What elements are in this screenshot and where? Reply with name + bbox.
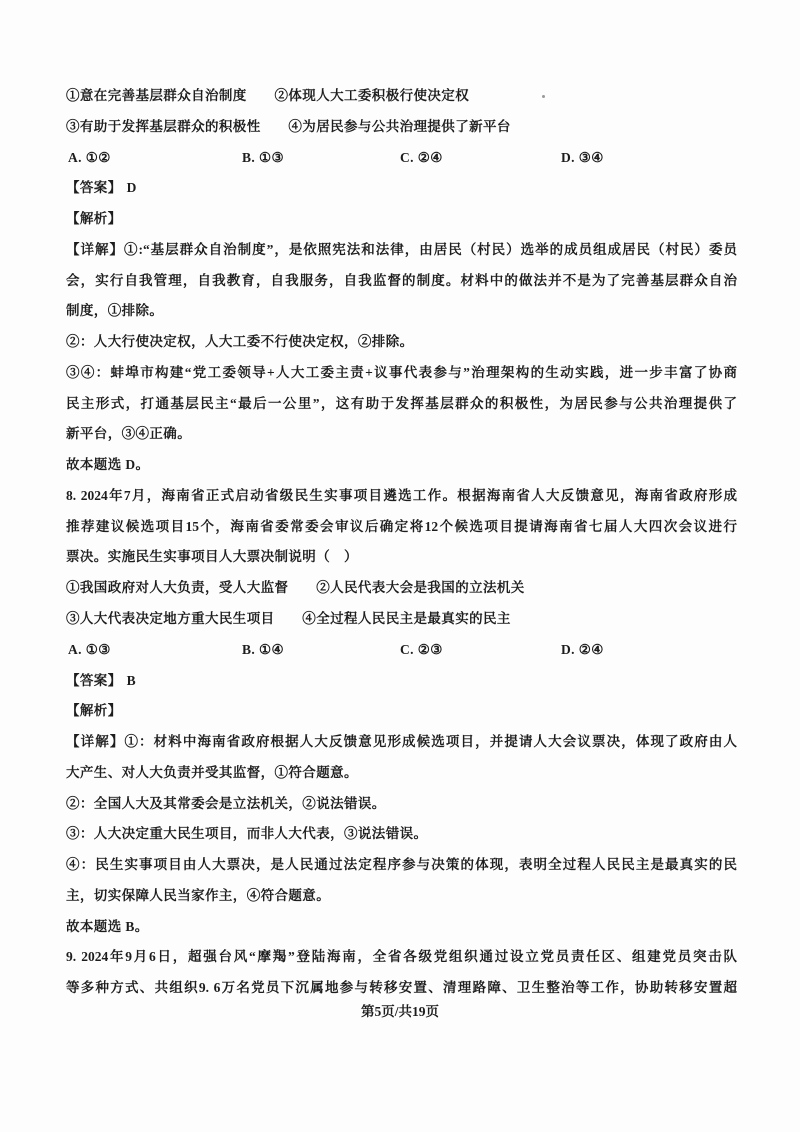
- page-footer: 第5页/共19页: [0, 1000, 800, 1020]
- text-line: 票决。实施民生实事项目人大票决制说明（ ）: [66, 542, 737, 573]
- option-value: ①③: [259, 150, 284, 165]
- option-c: C. ②④: [400, 143, 443, 174]
- text-line: 9. 2024年9月6日，超强台风“摩羯”登陆海南，全省各级党组织通过设立党员责…: [66, 942, 737, 973]
- option-value: ①③: [86, 642, 111, 657]
- text-line: 会，实行自我管理，自我教育，自我服务，自我监督的制度。材料中的做法并不是为了完善…: [66, 266, 737, 297]
- text-line: 制度，①排除。: [66, 296, 737, 327]
- option-a: A. ①②: [68, 143, 111, 174]
- option-letter: D.: [561, 642, 579, 657]
- answer-value: B: [127, 673, 136, 688]
- option-value: ②④: [579, 642, 604, 657]
- option-letter: B.: [242, 642, 259, 657]
- answer-line: 【答案】D: [66, 173, 737, 204]
- text-line: 【详解】①:“基层群众自治制度”，是依照宪法和法律，由居民（村民）选举的成员组成…: [66, 235, 737, 266]
- option-letter: B.: [242, 150, 259, 165]
- option-d: D. ③④: [561, 143, 604, 174]
- answer-label: 【答案】: [66, 180, 122, 195]
- option-letter: A.: [68, 150, 86, 165]
- options-row: A. ①③B. ①④C. ②③D. ②④: [66, 635, 737, 666]
- option-value: ②④: [418, 150, 443, 165]
- text-line: 【详解】①：材料中海南省政府根据人大反馈意见形成候选项目，并提请人大会议票决，体…: [66, 727, 737, 758]
- text-line: 故本题选 D。: [66, 450, 737, 481]
- document-body: ①意在完善基层群众自治制度 ②体现人大工委积极行使决定权③有助于发挥基层群众的积…: [66, 81, 737, 1004]
- option-value: ①④: [259, 642, 284, 657]
- option-value: ①②: [86, 150, 111, 165]
- option-b: B. ①④: [242, 635, 284, 666]
- text-line: 大产生、对人大负责并受其监督，①符合题意。: [66, 758, 737, 789]
- option-d: D. ②④: [561, 635, 604, 666]
- option-c: C. ②③: [400, 635, 443, 666]
- text-line: ③有助于发挥基层群众的积极性 ④为居民参与公共治理提供了新平台: [66, 112, 737, 143]
- text-line: ②：全国人大及其常委会是立法机关，②说法错误。: [66, 789, 737, 820]
- text-line: 故本题选 B。: [66, 912, 737, 943]
- option-b: B. ①③: [242, 143, 284, 174]
- text-line: 8. 2024年7月，海南省正式启动省级民生实事项目遴选工作。根据海南省人大反馈…: [66, 481, 737, 512]
- answer-value: D: [127, 180, 137, 195]
- page-number: 第5页/共19页: [361, 1004, 439, 1019]
- option-value: ③④: [579, 150, 604, 165]
- text-line: ①我国政府对人大负责，受人大监督 ②人民代表大会是我国的立法机关: [66, 573, 737, 604]
- options-row: A. ①②B. ①③C. ②④D. ③④: [66, 143, 737, 174]
- text-line: 主，切实保障人民当家作主，④符合题意。: [66, 881, 737, 912]
- scan-artifact-dot: [542, 95, 545, 98]
- text-line: ③：人大决定重大民生项目，而非人大代表，③说法错误。: [66, 819, 737, 850]
- option-letter: A.: [68, 642, 86, 657]
- text-line: ①意在完善基层群众自治制度 ②体现人大工委积极行使决定权: [66, 81, 737, 112]
- text-line: 新平台，③④正确。: [66, 419, 737, 450]
- text-line: ④：民生实事项目由人大票决，是人民通过法定程序参与决策的体现，表明全过程人民民主…: [66, 850, 737, 881]
- option-letter: C.: [400, 150, 418, 165]
- answer-line: 【答案】B: [66, 666, 737, 697]
- option-value: ②③: [418, 642, 443, 657]
- text-line: ③④：蚌埠市构建“党工委领导+人大工委主责+议事代表参与”治理架构的生动实践，进…: [66, 358, 737, 389]
- option-letter: D.: [561, 150, 579, 165]
- answer-label: 【答案】: [66, 673, 122, 688]
- document-page: ①意在完善基层群众自治制度 ②体现人大工委积极行使决定权③有助于发挥基层群众的积…: [0, 0, 800, 1132]
- text-line: 民主形式，打通基层民主“最后一公里”，这有助于发挥基层群众的积极性，为居民参与公…: [66, 389, 737, 420]
- option-letter: C.: [400, 642, 418, 657]
- text-line: 推荐建议候选项目15个，海南省委常委会审议后确定将12个候选项目提请海南省七届人…: [66, 512, 737, 543]
- option-a: A. ①③: [68, 635, 111, 666]
- text-line: 【解析】: [66, 696, 737, 727]
- text-line: ③人大代表决定地方重大民生项目 ④全过程人民民主是最真实的民主: [66, 604, 737, 635]
- text-line: ②：人大行使决定权，人大工委不行使决定权，②排除。: [66, 327, 737, 358]
- text-line: 【解析】: [66, 204, 737, 235]
